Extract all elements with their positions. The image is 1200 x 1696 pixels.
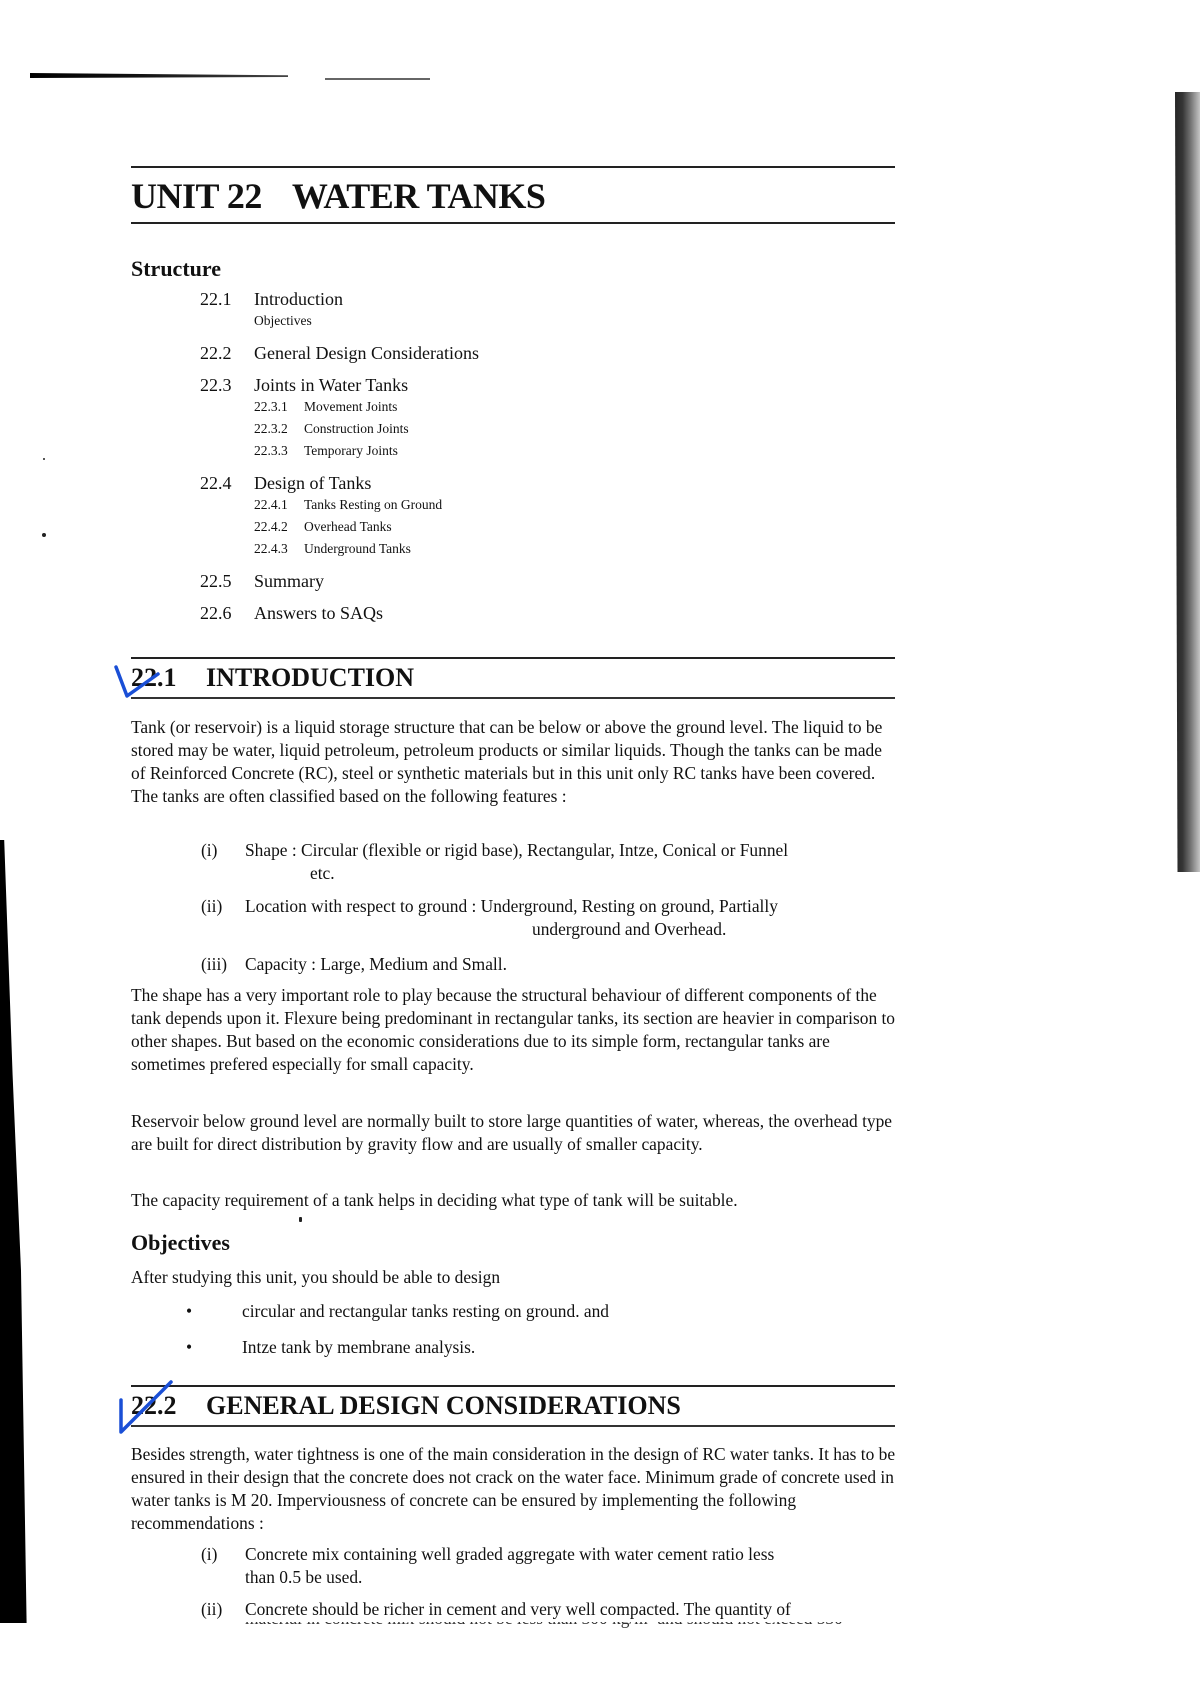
toc-subentry: 22.4.2Overhead Tanks — [200, 516, 720, 538]
toc-subentry-number: 22.4.2 — [254, 516, 304, 538]
toc-subentry-number: 22.3.3 — [254, 440, 304, 462]
check-mark-icon — [114, 664, 160, 700]
section-rule-bottom — [131, 697, 895, 699]
section-heading-introduction: 22.1INTRODUCTION — [131, 663, 414, 693]
toc-subentry: 22.4.1Tanks Resting on Ground — [200, 494, 720, 516]
toc-entry-label: Answers to SAQs — [254, 602, 383, 624]
toc-subentry-number: 22.4.3 — [254, 538, 304, 560]
toc-subentry-label: Temporary Joints — [304, 440, 398, 462]
toc-entry-label: Introduction — [254, 288, 343, 310]
toc-subentry-label: Tanks Resting on Ground — [304, 494, 442, 516]
feature-item: (i) Shape : Circular (flexible or rigid … — [201, 839, 901, 885]
toc-entry-label: Design of Tanks — [254, 472, 371, 494]
scan-streak — [30, 73, 288, 78]
unit-name: WATER TANKS — [292, 176, 546, 216]
toc-entry-number: 22.6 — [200, 602, 254, 624]
general-design-paragraph: Besides strength, water tightness is one… — [131, 1443, 899, 1535]
scan-speck — [299, 1217, 302, 1222]
toc-subentry-number: 22.3.2 — [254, 418, 304, 440]
toc-entry-label: Joints in Water Tanks — [254, 374, 408, 396]
reservoir-paragraph: Reservoir below ground level are normall… — [131, 1110, 899, 1156]
cut-off-line: material in concrete mix should not be l… — [245, 1622, 885, 1628]
shape-paragraph: The shape has a very important role to p… — [131, 984, 899, 1076]
toc-entry: 22.3Joints in Water Tanks — [200, 374, 720, 396]
toc-entry: 22.1Introduction — [200, 288, 720, 310]
scan-speck — [43, 458, 45, 460]
toc-subentry: 22.3.3Temporary Joints — [200, 440, 720, 462]
toc-entry: 22.2General Design Considerations — [200, 342, 720, 364]
title-rule-top — [131, 166, 895, 168]
section-heading-general-design: 22.2GENERAL DESIGN CONSIDERATIONS — [131, 1391, 681, 1421]
section-rule-bottom — [131, 1425, 895, 1427]
unit-number: UNIT 22 — [131, 176, 262, 216]
table-of-contents: 22.1IntroductionObjectives22.2General De… — [200, 288, 720, 624]
toc-entry-label: General Design Considerations — [254, 342, 479, 364]
feature-item: (iii) Capacity : Large, Medium and Small… — [201, 953, 901, 976]
objective-bullet: •Intze tank by membrane analysis. — [186, 1337, 475, 1358]
objectives-heading: Objectives — [131, 1230, 230, 1256]
toc-entry-number: 22.3 — [200, 374, 254, 396]
toc-subentry-label: Objectives — [254, 310, 312, 332]
title-rule-bottom — [131, 222, 895, 224]
scan-edge-shadow — [0, 840, 28, 1623]
toc-entry-number: 22.5 — [200, 570, 254, 592]
objective-bullet: •circular and rectangular tanks resting … — [186, 1301, 609, 1322]
toc-subentry-label: Underground Tanks — [304, 538, 411, 560]
introduction-paragraph: Tank (or reservoir) is a liquid storage … — [131, 716, 899, 808]
section-title: INTRODUCTION — [206, 663, 414, 692]
toc-subentry-number: 22.4.1 — [254, 494, 304, 516]
toc-subentry: 22.3.1Movement Joints — [200, 396, 720, 418]
toc-entry: 22.4Design of Tanks — [200, 472, 720, 494]
feature-item: (ii) Location with respect to ground : U… — [201, 895, 901, 941]
structure-heading: Structure — [131, 256, 221, 282]
objectives-intro: After studying this unit, you should be … — [131, 1266, 899, 1289]
toc-entry: 22.6Answers to SAQs — [200, 602, 720, 624]
toc-entry-number: 22.4 — [200, 472, 254, 494]
check-mark-icon — [115, 1378, 173, 1436]
toc-subentry: 22.3.2Construction Joints — [200, 418, 720, 440]
capacity-paragraph: The capacity requirement of a tank helps… — [131, 1189, 899, 1212]
toc-entry-label: Summary — [254, 570, 324, 592]
recommendation-item: (ii) Concrete should be richer in cement… — [201, 1598, 901, 1621]
toc-subentry-number: 22.3.1 — [254, 396, 304, 418]
scan-streak — [325, 78, 430, 80]
toc-subentry-label: Movement Joints — [304, 396, 397, 418]
toc-subentry: Objectives — [200, 310, 720, 332]
recommendation-item: (i) Concrete mix containing well graded … — [201, 1543, 901, 1589]
toc-entry: 22.5Summary — [200, 570, 720, 592]
section-title: GENERAL DESIGN CONSIDERATIONS — [206, 1391, 681, 1420]
toc-entry-number: 22.1 — [200, 288, 254, 310]
unit-title: UNIT 22WATER TANKS — [131, 175, 545, 217]
toc-subentry: 22.4.3Underground Tanks — [200, 538, 720, 560]
toc-subentry-label: Construction Joints — [304, 418, 409, 440]
toc-entry-number: 22.2 — [200, 342, 254, 364]
scan-edge-shadow — [1175, 92, 1200, 872]
scan-speck — [42, 533, 46, 537]
toc-subentry-label: Overhead Tanks — [304, 516, 392, 538]
section-rule-top — [131, 1385, 895, 1387]
section-rule-top — [131, 657, 895, 659]
